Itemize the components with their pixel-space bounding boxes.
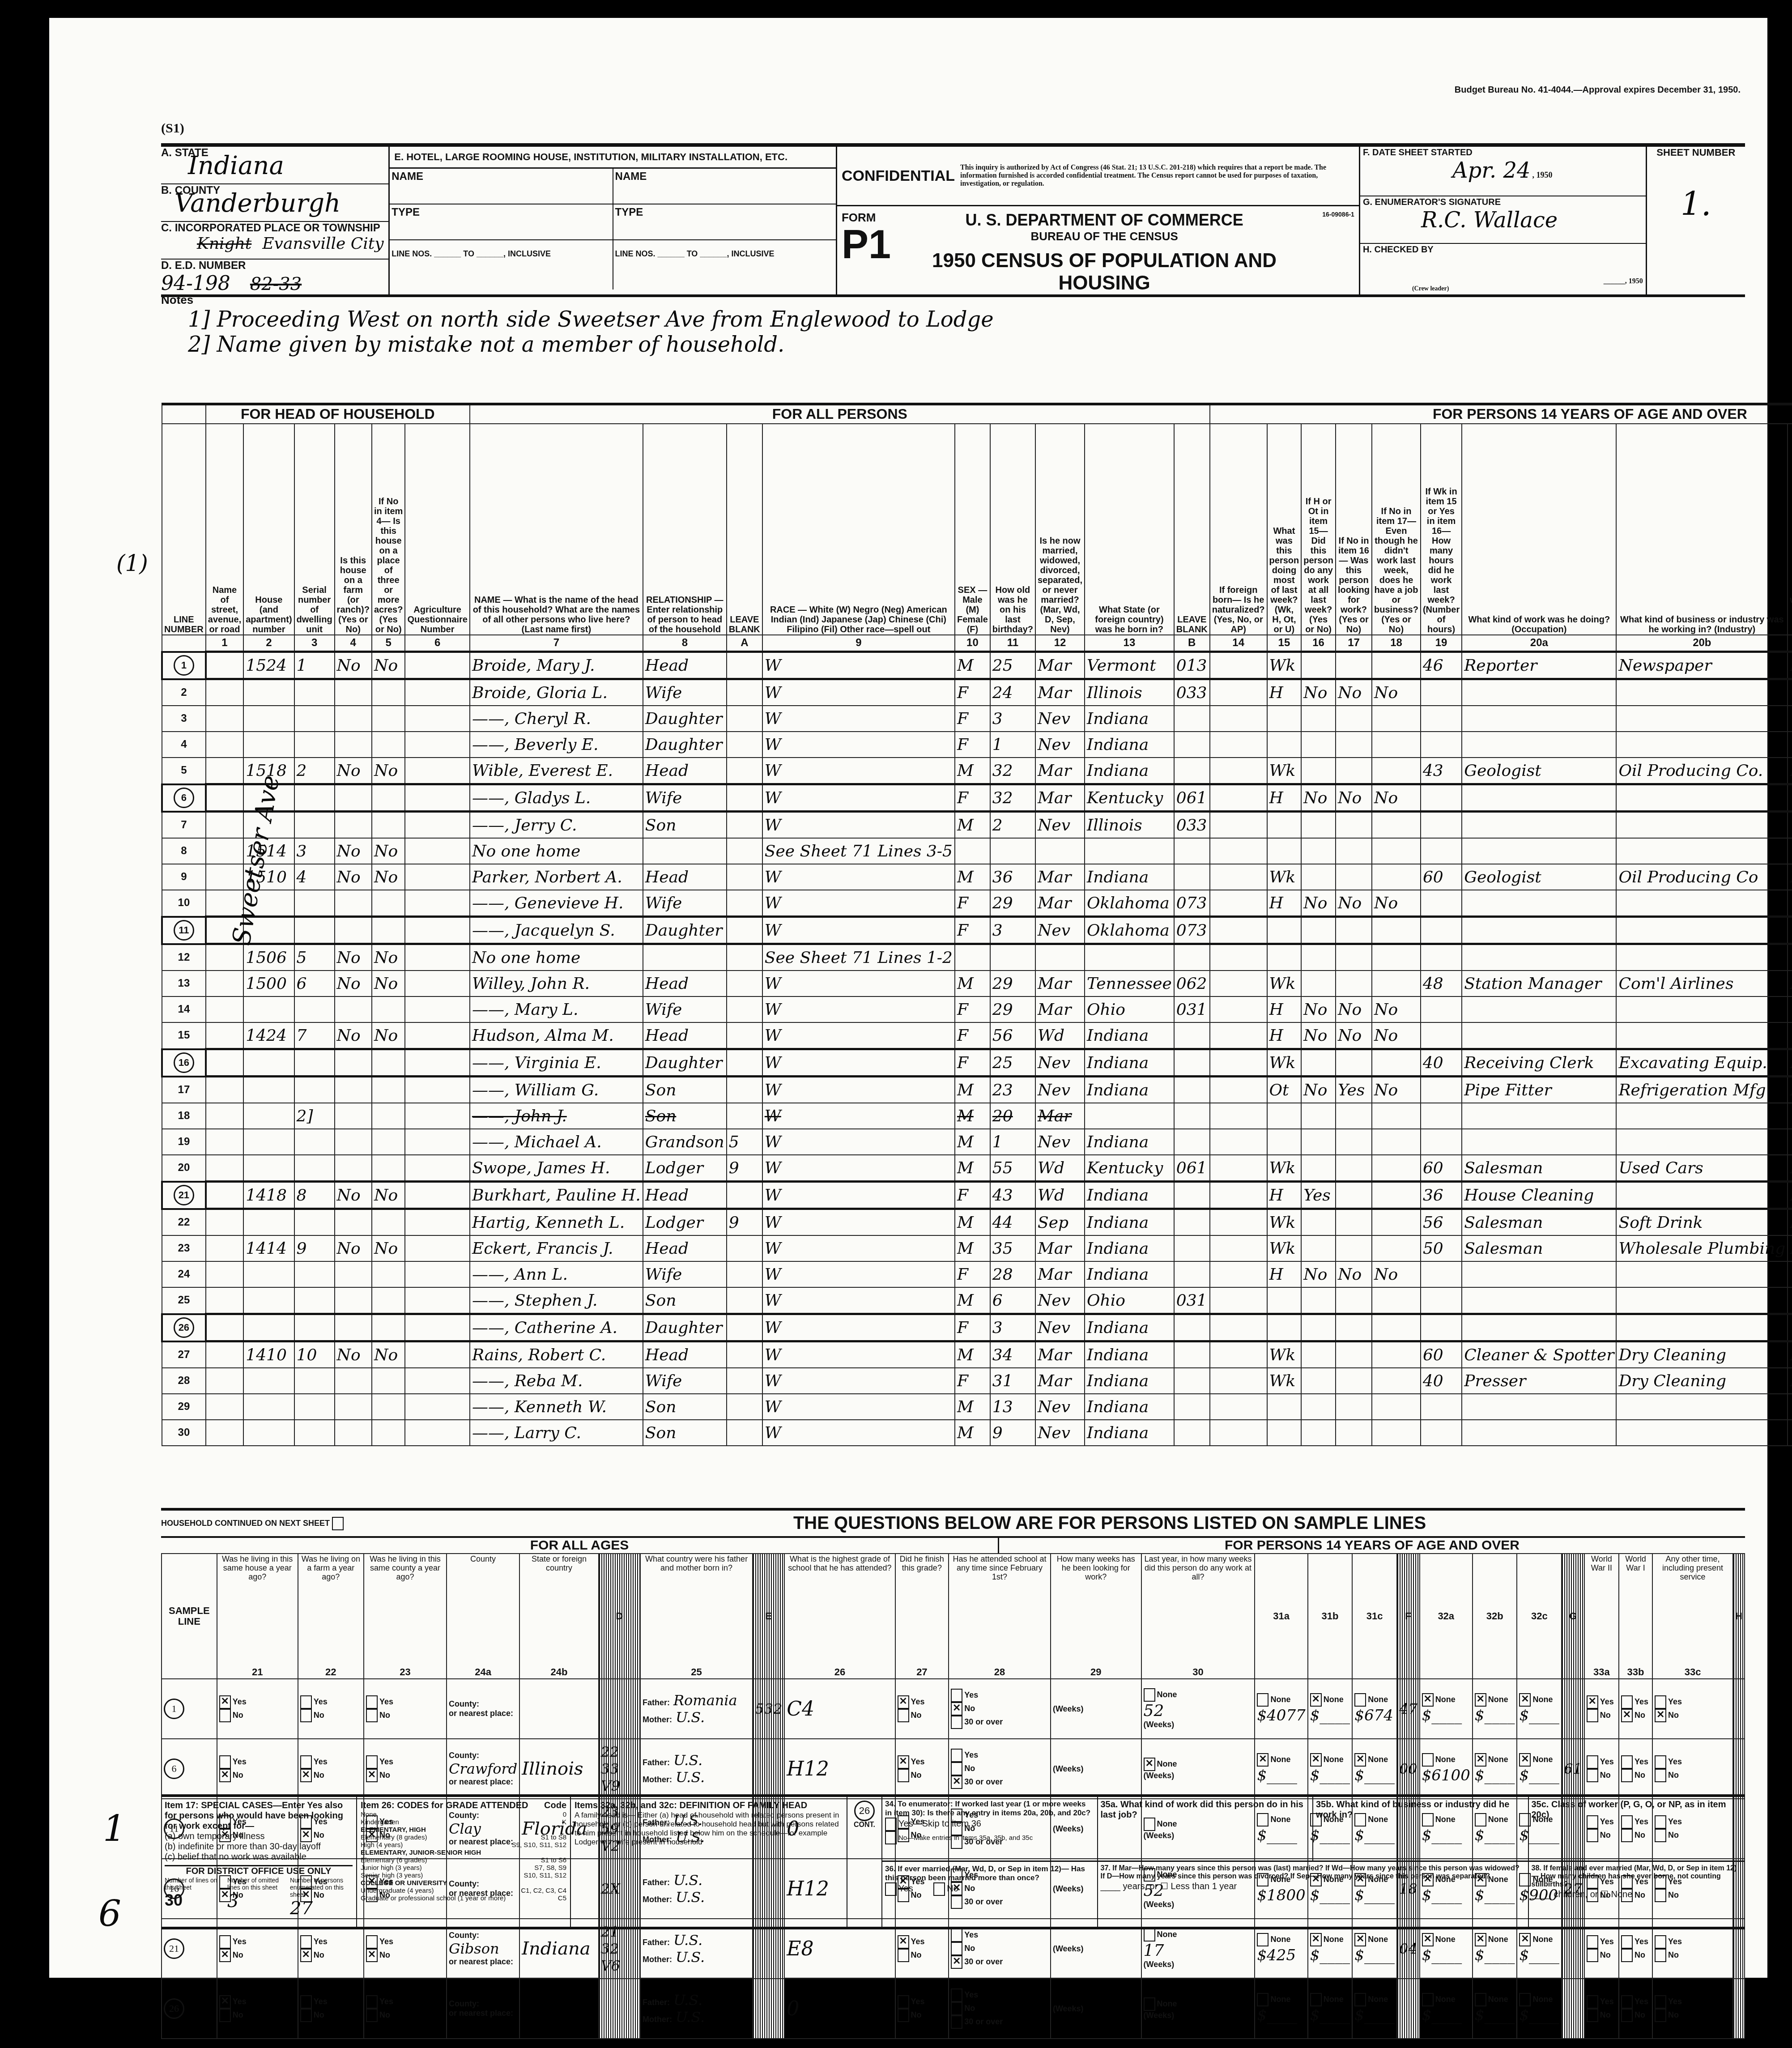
cell-rel: Wife (643, 1261, 727, 1287)
q34-yes-checkbox[interactable] (885, 1818, 897, 1831)
cell-race: W (762, 864, 955, 890)
checkbox-none[interactable] (1475, 1993, 1486, 2006)
grade-code-row: Undergraduate (4 years)C1, C2, C3, C4 (361, 1887, 566, 1895)
cell-hours (1421, 784, 1462, 812)
checkbox-no[interactable] (300, 1709, 312, 1722)
table-row: 22Hartig, Kenneth L.Lodger9WM44SepIndian… (162, 1209, 1792, 1236)
cell-32a: None$____ (1420, 1979, 1473, 2039)
cell-doing (1267, 732, 1302, 758)
column-header: If H or Ot in item 15— Did this person d… (1301, 424, 1336, 635)
checkbox-yes[interactable] (898, 1695, 909, 1709)
cell-house: 1424 (243, 1022, 294, 1049)
table-row: 182]——, John J.SonWM20Mar18 (162, 1103, 1792, 1129)
checkbox-none[interactable] (1144, 1688, 1155, 1702)
checkbox-yes[interactable] (1587, 1755, 1598, 1769)
cell-occ (1462, 1103, 1616, 1129)
checkbox-none[interactable] (1475, 1753, 1486, 1767)
checkbox-yes[interactable] (219, 1935, 231, 1949)
checkbox-no[interactable] (1655, 1949, 1666, 1962)
checkbox-yes[interactable] (300, 1995, 312, 2009)
cell-q16: No (1301, 784, 1336, 812)
cell-house (243, 1049, 294, 1077)
checkbox-yes[interactable] (898, 1755, 909, 1769)
column-number: 5 (372, 635, 405, 652)
checkbox-yes[interactable] (951, 1988, 962, 2002)
cell-b (1174, 1209, 1210, 1236)
cell-d (599, 1979, 640, 2039)
sample-line-circle-icon: 21 (174, 1185, 194, 1205)
household-continued-checkbox[interactable] (332, 1517, 344, 1530)
checkbox-yes[interactable] (300, 1755, 312, 1769)
cell-born: Indiana (1085, 1394, 1174, 1420)
cell-house (243, 1077, 294, 1103)
checkbox-no[interactable] (366, 1709, 378, 1722)
sample-column-header: What is the highest grade of school that… (784, 1554, 895, 1679)
empty-cell (206, 838, 243, 864)
cell-serial (294, 996, 335, 1022)
form-header: a. STATE Indiana b. COUNTY Vanderburgh c… (161, 143, 1745, 297)
table-row: 20Swope, James H.Lodger9WM55WdKentucky06… (162, 1155, 1792, 1182)
cell-rel: Wife (643, 1368, 727, 1394)
checkbox-no[interactable] (898, 1709, 909, 1722)
checkbox-yes[interactable] (219, 1755, 231, 1769)
checkbox-yes[interactable] (300, 1935, 312, 1949)
checkbox-yes[interactable] (951, 1749, 962, 1762)
checkbox-yes[interactable] (366, 1695, 378, 1709)
cell-race: W (762, 732, 955, 758)
checkbox-no[interactable] (898, 1769, 909, 1782)
cell-serial: 5 (294, 944, 335, 971)
cell-rel: Son (643, 1420, 727, 1446)
cell-sex: F (955, 732, 990, 758)
table-row: 1514247NoNoHudson, Alma M.HeadWF56WdIndi… (162, 1022, 1792, 1049)
cell-hours (1421, 1394, 1462, 1420)
checkbox-yes[interactable] (300, 1695, 312, 1709)
checkbox-none[interactable] (1144, 1997, 1155, 2011)
cell-mar: Nev (1035, 706, 1085, 732)
cell-born: Indiana (1085, 1129, 1174, 1155)
checkbox-yes[interactable] (1587, 1995, 1598, 2009)
cell-b (1174, 1394, 1210, 1420)
column-number: 14 (1210, 635, 1267, 652)
checkbox-no[interactable] (219, 1709, 231, 1722)
checkbox-none[interactable] (1310, 1693, 1322, 1707)
cell-23: YesNo (364, 1739, 447, 1799)
checkbox-yes[interactable] (1621, 1695, 1633, 1709)
cell-serial (294, 1420, 335, 1446)
checkbox-30-or-over[interactable] (951, 1955, 962, 1969)
checkbox-no[interactable] (1587, 2009, 1598, 2022)
cell-born: Indiana (1085, 758, 1174, 784)
checkbox-none[interactable] (1519, 1753, 1531, 1767)
empty-cell (405, 1420, 469, 1446)
checkbox-none[interactable] (1257, 1753, 1268, 1767)
cell-ind: Com'l Airlines (1616, 971, 1788, 996)
cell-race: W (762, 1287, 955, 1314)
checkbox-no[interactable] (1621, 2009, 1633, 2022)
checkbox-none[interactable] (1354, 1693, 1366, 1707)
checkbox-no[interactable] (1587, 1769, 1598, 1782)
lines-label: Number of lines on this sheet (165, 1877, 227, 1891)
checkbox-no[interactable] (1655, 1769, 1666, 1782)
ed-struck: 82-33 (250, 274, 302, 294)
checkbox-30-or-over[interactable] (951, 1776, 962, 1789)
cell-a (727, 758, 762, 784)
cell-sex (955, 944, 990, 971)
checkbox-yes[interactable] (366, 1935, 378, 1949)
cell-cls: P (1788, 1049, 1792, 1077)
table-row: 815143NoNoNo one homeSee Sheet 71 Lines … (162, 838, 1792, 864)
empty-cell (1210, 1420, 1267, 1446)
sample-line-circle-icon: 26 (174, 1317, 194, 1338)
cell-cls: P (1788, 864, 1792, 890)
checkbox-yes[interactable] (1621, 1755, 1633, 1769)
population-table: FOR HEAD OF HOUSEHOLD FOR ALL PERSONS FO… (161, 403, 1792, 1446)
persons-value: 27 (290, 1898, 353, 1919)
cell-32a: None$____ (1420, 1679, 1473, 1739)
checkbox-yes[interactable] (898, 1935, 909, 1949)
cell-a (727, 944, 762, 971)
checkbox-none[interactable] (1257, 1933, 1268, 1946)
cell-q17 (1336, 706, 1372, 732)
cell-a: 9 (727, 1155, 762, 1182)
checkbox-none[interactable] (1257, 1693, 1268, 1707)
checkbox-none[interactable] (1519, 1693, 1531, 1707)
cell-ind (1616, 1394, 1788, 1420)
checkbox-none[interactable] (1310, 1753, 1322, 1767)
ed-number: 94-198 (161, 272, 230, 295)
cell-q18 (1372, 1314, 1421, 1341)
cell-race: W (762, 1420, 955, 1446)
line-number: 8 (162, 838, 206, 864)
table-row: 1315006NoNoWilley, John R.HeadWM29MarTen… (162, 971, 1792, 996)
cell-age: 56 (990, 1022, 1035, 1049)
cell-sex: M (955, 1394, 990, 1420)
empty-cell (206, 1368, 243, 1394)
checkbox-no[interactable] (898, 1949, 909, 1962)
q34-no-checkbox[interactable] (885, 1831, 897, 1844)
checkbox-30-or-over[interactable] (951, 2015, 962, 2029)
q37-options[interactable]: ____ years, or ☐ Less than 1 year (1101, 1881, 1525, 1892)
cell-q17 (1336, 1209, 1372, 1236)
cell-serial (294, 1368, 335, 1394)
cell-q17 (1336, 1287, 1372, 1314)
table-row: 14——, Mary L.WifeWF29MarOhio031HNoNoNo14 (162, 996, 1792, 1022)
checkbox-no[interactable] (366, 1769, 378, 1782)
cell-occ (1462, 1287, 1616, 1314)
checkbox-yes[interactable] (366, 1755, 378, 1769)
checkbox-none[interactable] (1422, 1693, 1434, 1707)
cell-q16 (1301, 706, 1336, 732)
cell-acres (372, 1049, 405, 1077)
cell-31a: None$____ (1255, 1739, 1307, 1799)
cell-name: ——, Michael A. (470, 1129, 643, 1155)
cell-q17 (1336, 1368, 1372, 1394)
line-number: 13 (162, 971, 206, 996)
cell-occ (1462, 679, 1616, 706)
cell-sex: M (955, 1287, 990, 1314)
cell-q17: No (1336, 784, 1372, 812)
cell-acres (372, 1261, 405, 1287)
cell-q16: No (1301, 1261, 1336, 1287)
checkbox-yes[interactable] (1587, 1695, 1598, 1709)
grade-code-row: Junior high (3 years)S7, S8, S9 (361, 1864, 566, 1872)
cell-q16 (1301, 758, 1336, 784)
checkbox-none[interactable] (1422, 1933, 1434, 1946)
checkbox-none[interactable] (1144, 1758, 1155, 1771)
cell-occ (1462, 996, 1616, 1022)
cell-mar: Mar (1035, 1235, 1085, 1261)
line-number: 22 (162, 1209, 206, 1236)
column-header: How old was he on his last birthday? (990, 424, 1035, 635)
cell-born (1085, 944, 1174, 971)
empty-cell (1210, 1022, 1267, 1049)
checkbox-no[interactable] (366, 2009, 378, 2022)
cell-doing: H (1267, 1261, 1302, 1287)
cell-occ (1462, 944, 1616, 971)
column-number: 19 (1421, 635, 1462, 652)
q36-yes-checkbox[interactable] (885, 1882, 897, 1896)
checkbox-yes[interactable] (1655, 1755, 1666, 1769)
cell-born: Kentucky (1085, 1155, 1174, 1182)
table-row: 1215065NoNoNo one homeSee Sheet 71 Lines… (162, 944, 1792, 971)
checkbox-no[interactable] (1655, 1709, 1666, 1722)
checkbox-no[interactable] (951, 1702, 962, 1716)
cell-name: ——, Jacquelyn S. (470, 917, 643, 944)
checkbox-no[interactable] (1587, 1709, 1598, 1722)
column-number: 6 (405, 635, 469, 652)
cell-b: 033 (1174, 812, 1210, 839)
checkbox-no[interactable] (898, 2009, 909, 2022)
cell-q17 (1336, 652, 1372, 679)
cell-doing: H (1267, 1182, 1302, 1209)
checkbox-yes[interactable] (951, 1929, 962, 1942)
cell-mar: Nev (1035, 732, 1085, 758)
cell-age: 44 (990, 1209, 1035, 1236)
cell-farm: No (335, 1235, 372, 1261)
checkbox-yes[interactable] (898, 1995, 909, 2009)
cell-29: (Weeks) (1051, 1739, 1141, 1799)
cell-g: 61 (1562, 1739, 1584, 1799)
checkbox-none[interactable] (1422, 1993, 1434, 2006)
cell-22: YesNo (298, 1679, 364, 1739)
cell-occ (1462, 1022, 1616, 1049)
cell-ind: Dry Cleaning (1616, 1368, 1788, 1394)
cell-age: 55 (990, 1155, 1035, 1182)
cell-hours (1421, 1077, 1462, 1103)
cell-farm (335, 1209, 372, 1236)
cell-rel: Head (643, 1022, 727, 1049)
checkbox-none[interactable] (1257, 1993, 1268, 2006)
cell-doing: H (1267, 890, 1302, 917)
column-number: 20a (1462, 635, 1616, 652)
special-cases: Item 17: SPECIAL CASES—Enter Yes also fo… (161, 1797, 357, 1927)
empty-cell (206, 1235, 243, 1261)
checkbox-yes[interactable] (1621, 1935, 1633, 1949)
checkbox-none[interactable] (1519, 1933, 1531, 1946)
checkbox-yes[interactable] (219, 1695, 231, 1709)
checkbox-no[interactable] (219, 1949, 231, 1962)
cell-rel: Son (643, 1287, 727, 1314)
sample-column-header: Has he attended school at any time since… (949, 1554, 1051, 1679)
sample-column-header: County24a (447, 1554, 519, 1679)
checkbox-no[interactable] (219, 1769, 231, 1782)
cell-33c: YesNo (1652, 1979, 1733, 2039)
date-label: f. DATE SHEET STARTED (1363, 148, 1643, 158)
cell-acres (372, 917, 405, 944)
checkbox-no[interactable] (951, 1942, 962, 1955)
checkbox-no[interactable] (1621, 1709, 1633, 1722)
cell-sex: F (955, 1314, 990, 1341)
group-all-persons: FOR ALL PERSONS (470, 404, 1210, 424)
column-number (162, 635, 206, 652)
empty-cell (1210, 758, 1267, 784)
line-number: 19 (162, 1129, 206, 1155)
cell-q17 (1336, 1049, 1372, 1077)
place-struck-value: Knight (197, 234, 251, 253)
cell-farm: No (335, 1182, 372, 1209)
checkbox-no[interactable] (951, 2002, 962, 2015)
empty-cell (206, 971, 243, 996)
cell-age: 9 (990, 1420, 1035, 1446)
checkbox-yes[interactable] (1655, 1935, 1666, 1949)
sample-column-header: World War II33a (1584, 1554, 1619, 1679)
empty-cell (405, 1022, 469, 1049)
cell-race: See Sheet 71 Lines 1-2 (762, 944, 955, 971)
checkbox-none[interactable] (1422, 1753, 1434, 1767)
cell-doing (1267, 706, 1302, 732)
cell-a (727, 1261, 762, 1287)
sample-row: 6YesNoYesNoYesNoCounty:Crawfordor neares… (162, 1739, 1745, 1799)
cell-occ (1462, 784, 1616, 812)
cell-house (243, 1209, 294, 1236)
cell-hours (1421, 838, 1462, 864)
sample-line-circle-icon: 21 (164, 1938, 184, 1959)
checkbox-yes[interactable] (1621, 1995, 1633, 2009)
cell-name: Eckert, Francis J. (470, 1235, 643, 1261)
location-block: a. STATE Indiana b. COUNTY Vanderburgh c… (161, 147, 390, 294)
line-number: 4 (162, 732, 206, 758)
state-value: Indiana (188, 151, 388, 180)
empty-cell (206, 1394, 243, 1420)
cell-25: Father: RomaniaMother: U.S. (640, 1679, 753, 1739)
cell-q18: No (1372, 1077, 1421, 1103)
empty-cell (1210, 812, 1267, 839)
checkbox-no[interactable] (1587, 1949, 1598, 1962)
cell-a (727, 679, 762, 706)
q38-options[interactable]: ____ children, or ☐ None (1532, 1889, 1742, 1900)
checkbox-no[interactable] (1655, 2009, 1666, 2022)
checked-date: ______, 1950 (1363, 277, 1643, 285)
column-number: B (1174, 635, 1210, 652)
checkbox-yes[interactable] (219, 1995, 231, 2009)
checkbox-no[interactable] (1621, 1769, 1633, 1782)
cell-farm (335, 996, 372, 1022)
cell-q17 (1336, 758, 1372, 784)
table-row: 17——, William G.SonWM23NevIndianaOtNoYes… (162, 1077, 1792, 1103)
checkbox-none[interactable] (1144, 1928, 1155, 1942)
cell-b (1174, 1049, 1210, 1077)
empty-cell (405, 944, 469, 971)
checkbox-yes[interactable] (1655, 1695, 1666, 1709)
checkbox-none[interactable] (1310, 1933, 1322, 1946)
bureau: BUREAU OF THE CENSUS (886, 230, 1322, 243)
cell-serial: 8 (294, 1182, 335, 1209)
cell-d: 22 33 V9 (599, 1739, 640, 1799)
cell-born: Kentucky (1085, 784, 1174, 812)
checkbox-none[interactable] (1354, 1753, 1366, 1767)
cell-31b: None$____ (1308, 1739, 1353, 1799)
cell-serial (294, 1261, 335, 1287)
checkbox-no[interactable] (1621, 1949, 1633, 1962)
cell-28: YesNo30 or over (949, 1679, 1051, 1739)
cell-cls (1788, 1129, 1792, 1155)
checkbox-none[interactable] (1354, 1993, 1366, 2006)
cell-q18: No (1372, 996, 1421, 1022)
sample-line-circle-icon: 6 (164, 1758, 184, 1779)
checkbox-none[interactable] (1519, 1993, 1531, 2006)
q35b: 35b. What kind of business or industry d… (1313, 1797, 1529, 1862)
table-row: 115241NoNoBroide, Mary J.HeadWM25MarVerm… (162, 652, 1792, 679)
checkbox-no[interactable] (300, 1949, 312, 1962)
cell-farm (335, 1314, 372, 1341)
cell-mar: Mar (1035, 890, 1085, 917)
checkbox-none[interactable] (1310, 1993, 1322, 2006)
sample-column-header: Did he finish this grade?27 (895, 1554, 949, 1679)
table-row: 26——, Catherine A.DaughterWF3NevIndiana2… (162, 1314, 1792, 1341)
family-head-title: Items 32a, 32b, and 32c: DEFINITION OF F… (575, 1801, 843, 1811)
cell-doing: Wk (1267, 864, 1302, 890)
cell-mar: Mar (1035, 1103, 1085, 1129)
checkbox-yes[interactable] (1587, 1935, 1598, 1949)
cell-rel: Wife (643, 890, 727, 917)
checkbox-yes[interactable] (366, 1995, 378, 2009)
checkbox-no[interactable] (219, 2009, 231, 2022)
table-body: 115241NoNoBroide, Mary J.HeadWM25MarVerm… (162, 652, 1792, 1446)
column-number: 2 (243, 635, 294, 652)
line-number: 15 (162, 1022, 206, 1049)
cell-mar: Nev (1035, 1287, 1085, 1314)
cell-farm (335, 890, 372, 917)
sheet-number-block: SHEET NUMBER 1. (1647, 147, 1745, 294)
cell-h (1733, 1679, 1745, 1739)
checkbox-30-or-over[interactable] (951, 1716, 962, 1729)
checkbox-yes[interactable] (951, 1689, 962, 1702)
cell-q17 (1336, 917, 1372, 944)
cell-serial (294, 784, 335, 812)
checkbox-none[interactable] (1475, 1693, 1486, 1707)
cell-ind (1616, 838, 1788, 864)
cell-rel: Grandson (643, 1129, 727, 1155)
checkbox-yes[interactable] (1655, 1995, 1666, 2009)
checkbox-no[interactable] (951, 1762, 962, 1776)
checkbox-no[interactable] (300, 2009, 312, 2022)
checkbox-none[interactable] (1475, 1933, 1486, 1946)
household-continued[interactable]: HOUSEHOLD CONTINUED ON NEXT SHEET (161, 1517, 474, 1530)
cell-q17: No (1336, 996, 1372, 1022)
column-number: 15 (1267, 635, 1302, 652)
checkbox-no[interactable] (366, 1949, 378, 1962)
q36-no-checkbox[interactable] (933, 1882, 945, 1896)
cell-q16: No (1301, 996, 1336, 1022)
checkbox-no[interactable] (300, 1769, 312, 1782)
checkbox-none[interactable] (1354, 1933, 1366, 1946)
cell-acres (372, 679, 405, 706)
cell-cls (1788, 1420, 1792, 1446)
cell-house (243, 1287, 294, 1314)
cell-born: Oklahoma (1085, 917, 1174, 944)
empty-cell (1210, 1155, 1267, 1182)
